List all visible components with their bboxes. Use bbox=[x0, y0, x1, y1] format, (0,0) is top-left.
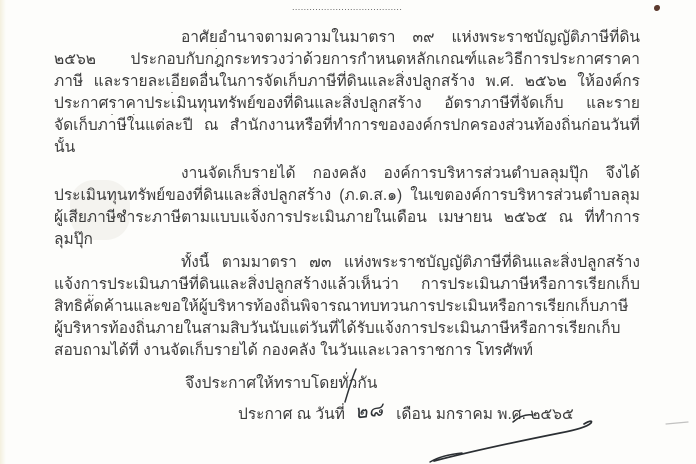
paragraph-line: ประกาศราคาประเมินทุนทรัพย์ของที่ดินและสิ… bbox=[54, 93, 640, 115]
handwriting-flourish-stroke bbox=[338, 366, 364, 404]
paragraph-line: งานจัดเก็บรายได้ กองคลัง องค์การบริหารส่… bbox=[54, 163, 640, 185]
signature-stroke bbox=[420, 400, 696, 464]
paragraph-line: แจ้งการประเมินภาษีที่ดินและสิ่งปลูกสร้าง… bbox=[54, 274, 640, 296]
ink-speck bbox=[654, 5, 660, 11]
paragraph-objection-rights: ทั้งนี้ ตามมาตรา ๗๓ แห่งพระราชบัญญัติภาษ… bbox=[54, 252, 640, 362]
paragraph-line: สอบถามได้ที่ งานจัดเก็บรายได้ กองคลัง ใน… bbox=[54, 340, 640, 362]
paragraph-line: นั้น bbox=[54, 137, 640, 159]
paragraph-line: ๒๕๖๒ ประกอบกับกฎกระทรวงว่าด้วยการกำหนดหล… bbox=[54, 49, 640, 71]
paragraph-legal-basis: อาศัยอำนาจตามความในมาตรา ๓๙ แห่งพระราชบั… bbox=[54, 27, 640, 159]
paragraph-line: อาศัยอำนาจตามความในมาตรา ๓๙ แห่งพระราชบั… bbox=[54, 27, 640, 49]
dotted-separator: ........................................… bbox=[292, 2, 402, 12]
paragraph-line: จัดเก็บภาษีในแต่ละปี ณ สำนักงานหรือที่ทำ… bbox=[54, 115, 640, 137]
paragraph-line: ลุมปุ๊ก bbox=[54, 229, 640, 251]
paragraph-line: ทั้งนี้ ตามมาตรา ๗๓ แห่งพระราชบัญญัติภาษ… bbox=[54, 252, 640, 274]
date-prefix: ประกาศ ณ วันที่ bbox=[238, 406, 345, 423]
paragraph-assessment-announcement: งานจัดเก็บรายได้ กองคลัง องค์การบริหารส่… bbox=[54, 163, 640, 251]
paragraph-line: สิทธิคัดค้านและขอให้ผู้บริหารท้องถิ่นพิจ… bbox=[54, 296, 640, 318]
paragraph-line: ภาษี และรายละเอียดอื่นในการจัดเก็บภาษีที… bbox=[54, 71, 640, 93]
paragraph-line: ผู้บริหารท้องถิ่นภายในสามสิบวันนับแต่วัน… bbox=[54, 318, 640, 340]
scanned-document-page: ........................................… bbox=[0, 0, 696, 464]
paragraph-line: ผู้เสียภาษีชำระภาษีตามแบบแจ้งการประเมินภ… bbox=[54, 207, 640, 229]
paragraph-line: ประเมินทุนทรัพย์ของที่ดินและสิ่งปลูกสร้า… bbox=[54, 185, 640, 207]
